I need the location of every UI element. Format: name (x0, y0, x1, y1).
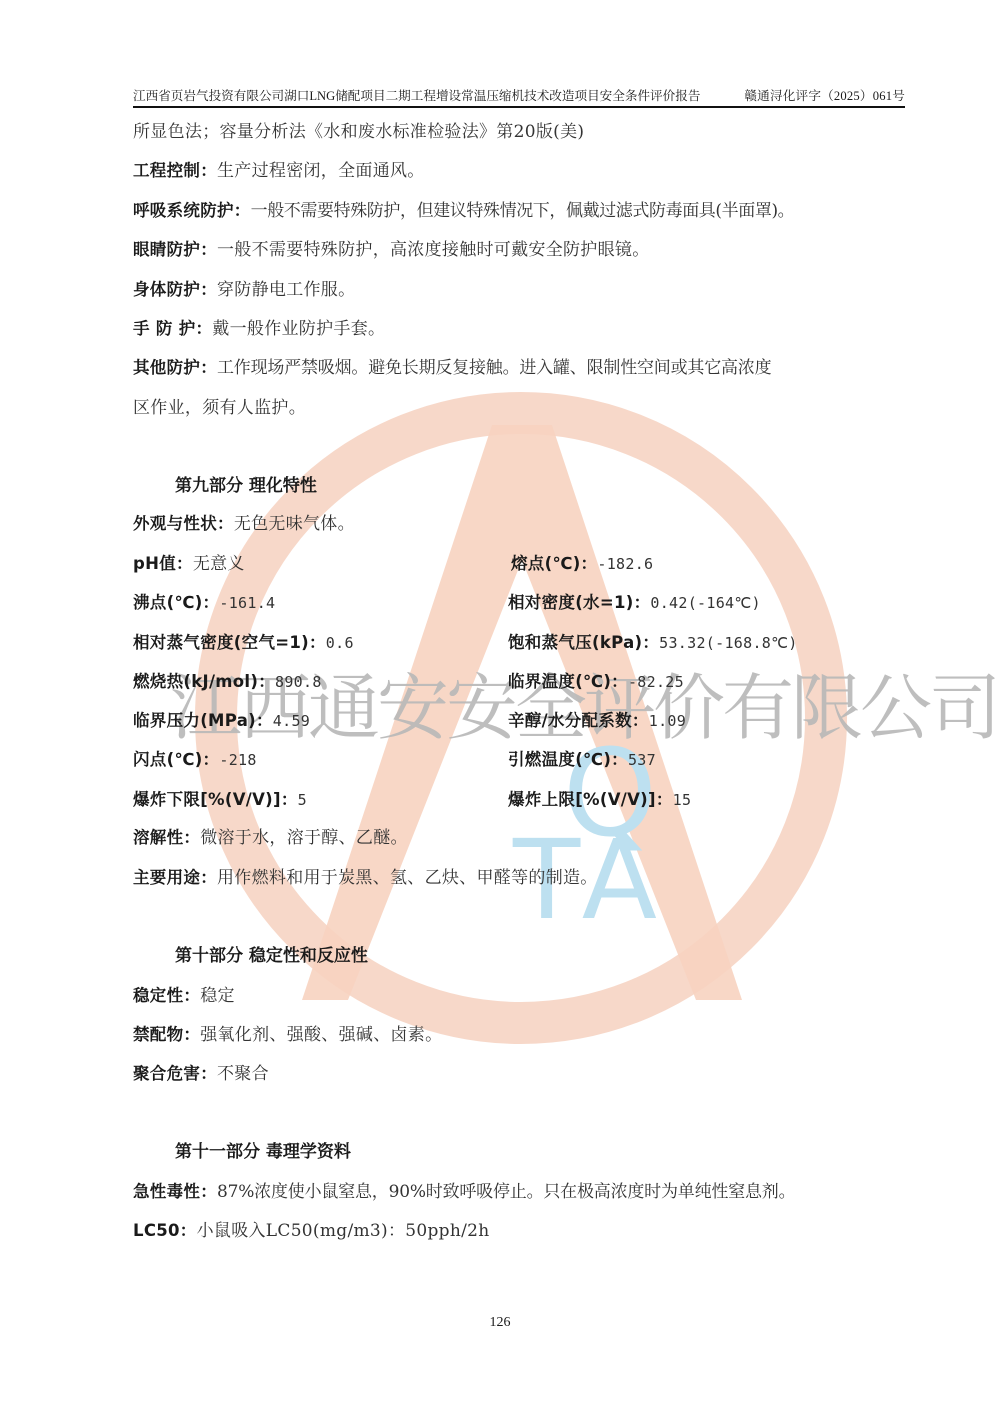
solubility: 溶解性：微溶于水，溶于醇、乙醚。 (133, 827, 408, 849)
property-vapor-density: 相对蒸气密度(空气=1)：0.6 (133, 632, 354, 654)
property-boiling-point: 沸点(℃)：-161.4 (133, 592, 275, 614)
body-protection: 身体防护：穿防静电工作服。 (133, 279, 355, 301)
incompatible-materials: 禁配物：强氧化剂、强酸、强碱、卤素。 (133, 1024, 442, 1046)
property-ph: pH值：无意义 (133, 553, 245, 575)
respiratory-protection: 呼吸系统防护：一般不需要特殊防护，但建议特殊情况下，佩戴过滤式防毒面具(半面罩)… (133, 200, 794, 222)
property-relative-density: 相对密度(水=1)：0.42(-164℃) (508, 592, 761, 614)
engineering-control: 工程控制：生产过程密闭，全面通风。 (133, 160, 425, 182)
property-critical-temperature: 临界温度(℃)：-82.25 (508, 671, 684, 693)
section9-title: 第九部分 理化特性 (175, 475, 317, 497)
property-upper-explosion-limit: 爆炸上限[%(V/V)]：15 (508, 789, 691, 811)
property-flash-point: 闪点(℃)：-218 (133, 749, 257, 771)
page-number: 126 (0, 1315, 1000, 1331)
hand-protection: 手 防 护：戴一般作业防护手套。 (133, 318, 385, 340)
detection-method: 所显色法；容量分析法《水和废水标准检验法》第20版(美) (133, 121, 584, 143)
page-header: 江西省页岩气投资有限公司湖口LNG储配项目二期工程增设常温压缩机技术改造项目安全… (133, 84, 905, 108)
property-heat-of-combustion: 燃烧热(kJ/mol)：890.8 (133, 671, 322, 693)
acute-toxicity: 急性毒性：87%浓度使小鼠窒息，90%时致呼吸停止。只在极高浓度时为单纯性窒息剂… (133, 1181, 795, 1203)
appearance: 外观与性状：无色无味气体。 (133, 513, 355, 535)
stability: 稳定性：稳定 (133, 985, 235, 1007)
main-use: 主要用途：用作燃料和用于炭黑、氢、乙炔、甲醛等的制造。 (133, 867, 598, 889)
report-title: 江西省页岩气投资有限公司湖口LNG储配项目二期工程增设常温压缩机技术改造项目安全… (133, 85, 700, 104)
property-ignition-temperature: 引燃温度(℃)：537 (508, 749, 656, 771)
property-lower-explosion-limit: 爆炸下限[%(V/V)]：5 (133, 789, 307, 811)
eye-protection: 眼睛防护：一般不需要特殊防护，高浓度接触时可戴安全防护眼镜。 (133, 239, 650, 261)
lc50: LC50：小鼠吸入LC50(mg/m3)：50pph/2h (133, 1220, 490, 1242)
property-critical-pressure: 临界压力(MPa)：4.59 (133, 710, 310, 732)
polymerization-hazard: 聚合危害：不聚合 (133, 1063, 269, 1085)
property-vapor-pressure: 饱和蒸气压(kPa)：53.32(-168.8℃) (508, 632, 798, 654)
doc-number: 赣通浔化评字（2025）061号 (744, 85, 905, 104)
other-protection-cont: 区作业，须有人监护。 (133, 397, 306, 419)
section10-title: 第十部分 稳定性和反应性 (175, 945, 368, 967)
document-page: 江西省页岩气投资有限公司湖口LNG储配项目二期工程增设常温压缩机技术改造项目安全… (0, 0, 1000, 1414)
property-melting-point: 熔点(℃)：-182.6 (511, 553, 653, 575)
other-protection: 其他防护：工作现场严禁吸烟。避免长期反复接触。进入罐、限制性空间或其它高浓度 (133, 357, 771, 379)
property-partition-coefficient: 辛醇/水分配系数：1.09 (508, 710, 686, 732)
section11-title: 第十一部分 毒理学资料 (175, 1141, 351, 1163)
